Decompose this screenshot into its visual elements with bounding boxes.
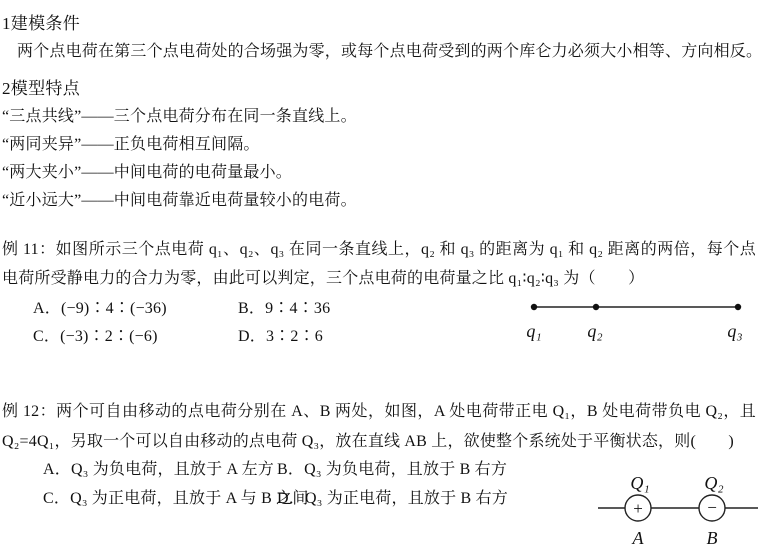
feature-item-alternating: “两同夹异”——正负电荷相互间隔。 <box>2 131 260 154</box>
example-11-option-d: D．3∶2∶6 <box>238 323 323 346</box>
charge-label-q2: q₂ <box>587 321 602 341</box>
option-label: A． <box>43 461 71 478</box>
example-12-option-d: D．Q₃ 为正电荷，且放于 B 右方 <box>277 485 508 508</box>
point-label-A: A <box>632 528 645 548</box>
example-12-diagram: + − Q₁ Q₂ A B <box>594 466 760 548</box>
option-text: 9∶4∶36 <box>265 300 330 317</box>
feature-item-collinear: “三点共线”——三个点电荷分布在同一条直线上。 <box>2 103 357 126</box>
charge-label-q3: q₃ <box>727 321 742 341</box>
option-text: Q₃ 为正电荷，且放于 B 右方 <box>305 490 508 507</box>
example-12-question: 例 12：两个可自由移动的点电荷分别在 A、B 两处，如图，A 处电荷带正电 Q… <box>2 397 756 457</box>
example-11-diagram: q₁ q₂ q₃ <box>516 290 754 342</box>
point-label-B: B <box>707 528 718 548</box>
charge-label-Q1: Q₁ <box>630 473 649 493</box>
option-text: (−3)∶2∶(−6) <box>60 328 158 345</box>
minus-icon: − <box>707 498 717 517</box>
example-11-option-b: B．9∶4∶36 <box>238 295 330 318</box>
example-11-option-c: C．(−3)∶2∶(−6) <box>33 323 158 346</box>
option-text: 3∶2∶6 <box>266 328 323 345</box>
option-text: Q₃ 为正电荷，且放于 A 与 B 之间 <box>70 490 308 507</box>
charge-dot-q3 <box>735 304 741 310</box>
feature-item-near-small: “近小远大”——中间电荷靠近电荷量较小的电荷。 <box>2 187 357 210</box>
option-label: B． <box>238 300 265 317</box>
example-11-option-a: A．(−9)∶4∶(−36) <box>33 295 167 318</box>
example-12-option-b: B．Q₃ 为负电荷，且放于 B 右方 <box>277 456 507 479</box>
option-text: Q₃ 为负电荷，且放于 B 右方 <box>304 461 507 478</box>
option-label: D． <box>238 328 266 345</box>
section-1-heading: 1建模条件 <box>2 9 80 34</box>
option-label: C． <box>33 328 60 345</box>
plus-icon: + <box>633 499 643 518</box>
example-12-option-a: A．Q₃ 为负电荷，且放于 A 左方 <box>43 456 274 479</box>
option-label: D． <box>277 490 305 507</box>
charge-dot-q2 <box>593 304 599 310</box>
charge-dot-q1 <box>531 304 537 310</box>
section-1-body: 两个点电荷在第三个点电荷处的合场强为零，或每个点电荷受到的两个库仑力必须大小相等… <box>0 38 760 61</box>
option-label: C． <box>43 490 70 507</box>
option-text: Q₃ 为负电荷，且放于 A 左方 <box>71 461 274 478</box>
charge-label-q1: q₁ <box>526 321 541 341</box>
option-label: A． <box>33 300 61 317</box>
worksheet-page: 1建模条件 两个点电荷在第三个点电荷处的合场强为零，或每个点电荷受到的两个库仑力… <box>0 0 760 549</box>
feature-item-middle-smallest: “两大夹小”——中间电荷的电荷量最小。 <box>2 159 292 182</box>
example-12-option-c: C．Q₃ 为正电荷，且放于 A 与 B 之间 <box>43 485 309 508</box>
option-label: B． <box>277 461 304 478</box>
section-2-heading: 2模型特点 <box>2 74 80 99</box>
example-11-question: 例 11：如图所示三个点电荷 q₁、q₂、q₃ 在同一条直线上，q₂ 和 q₃ … <box>2 235 756 293</box>
option-text: (−9)∶4∶(−36) <box>61 300 167 317</box>
charge-label-Q2: Q₂ <box>704 473 723 493</box>
